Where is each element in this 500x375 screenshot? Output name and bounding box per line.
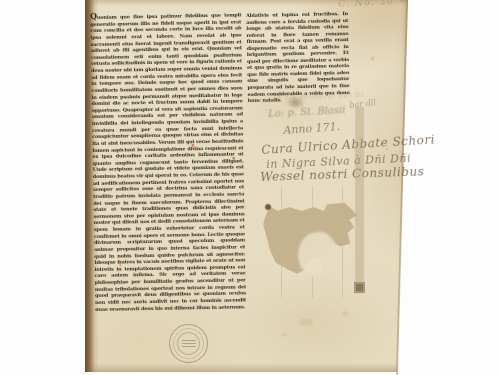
stain-dark-spot (265, 204, 271, 210)
foxing-spot (386, 148, 388, 150)
offset-strip-mark (354, 282, 365, 293)
rubric-paraph: ¶ (228, 126, 232, 133)
text-column-left: Quoniam que fine ipsa patimur fidelibus … (90, 10, 246, 311)
text-column-right: Ablativis ut lupina est fructibus. In au… (246, 11, 350, 102)
foxing-spot (299, 318, 313, 326)
library-stamp (169, 324, 208, 363)
foxing-spot (282, 333, 287, 337)
stamp-center (177, 332, 200, 355)
ink-smudge (286, 96, 305, 109)
rubric-paraph: ¶ (191, 144, 195, 151)
offset-strip (355, 107, 364, 293)
manuscript-photo: Quoniam que fine ipsa patimur fidelibus … (0, 0, 500, 375)
stain-light-patch (306, 258, 323, 275)
rubric-paraph: ¶ (232, 157, 236, 164)
foxing-spot (341, 311, 349, 316)
rubric-paraph: ¶ (118, 261, 122, 268)
foxing-spot (371, 57, 374, 60)
